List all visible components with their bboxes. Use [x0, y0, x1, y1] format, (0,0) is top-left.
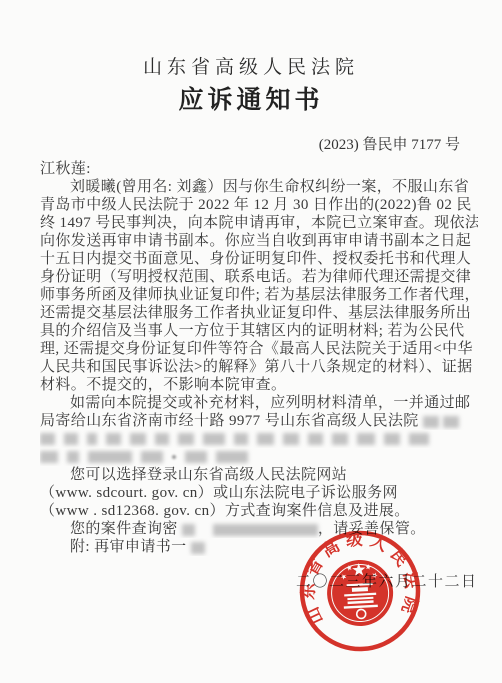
redacted-text	[283, 433, 299, 445]
redacted-text	[443, 416, 459, 428]
redacted-text	[40, 451, 58, 463]
redacted-text	[257, 433, 274, 445]
redacted-text	[130, 433, 146, 445]
body-line: 向你发送再审申请书副本。你应当自收到再审申请书副本之日起	[40, 232, 478, 250]
seal-graphic: 山东省高级人民法院	[291, 522, 430, 661]
document-title: 应诉通知书	[0, 80, 502, 116]
redacted-text	[40, 433, 55, 445]
scanned-court-document: 山东省高级人民法院 应诉通知书 (2023) 鲁民申 7177 号 江秋莲: 刘…	[0, 0, 502, 683]
redacted-text	[423, 416, 439, 428]
body-line: 材料。不提交的，不影响本院审查。	[40, 376, 478, 394]
redacted-text	[203, 433, 225, 445]
national-emblem-icon	[325, 558, 394, 627]
case-number: (2023) 鲁民申 7177 号	[319, 133, 460, 154]
redacted-char	[182, 524, 195, 536]
scan-dot-artifact	[172, 455, 176, 459]
redacted-text	[155, 433, 169, 445]
body-line-text: 局寄给山东省济南市经十路 9977 号山东省高级人民法院	[40, 413, 419, 429]
password-line-prefix: 您的案件查询密	[70, 521, 178, 537]
redacted-text	[409, 433, 429, 445]
redacted-text	[64, 433, 78, 445]
body-line: 理, 还需提交身份证复印件等符合《最高人民法院关于适用<中华	[40, 340, 478, 358]
redacted-line	[40, 430, 478, 448]
redacted-text	[185, 451, 207, 463]
body-line: 还需提交基层法律服务工作者执业证复印件、基层法律服务所出	[40, 304, 478, 322]
body-line: 刘暖曦(曾用名: 刘鑫）因与你生命权纠纷一案，不服山东省	[40, 178, 478, 196]
body-line: 您可以选择登录山东省高级人民法院网站	[40, 466, 478, 484]
body-line: 终 1497 号民事判决，向本院申请再审，本院已立案审查。现依法	[40, 214, 478, 232]
body-line: 十五日内提交书面意见、身份证明复印件、授权委托书和代理人	[40, 250, 478, 268]
attachment-text: 附: 再审申请书一	[70, 539, 187, 555]
redacted-text	[67, 451, 79, 463]
redacted-text	[384, 433, 400, 445]
redacted-text	[216, 451, 248, 463]
body-line: 人民共和国民事诉讼法>的解释》第八十八条规定的材料）、证据	[40, 358, 478, 376]
redacted-text	[332, 433, 348, 445]
addressee: 江秋莲:	[40, 160, 478, 178]
redacted-char	[191, 542, 205, 554]
body-line: （www . sd12368. gov. cn）方式查询案件信息及进展。	[40, 502, 478, 520]
redacted-text	[357, 433, 375, 445]
body-line: 师事务所函及律师执业证复印件; 若为基层法律服务工作者代理，	[40, 286, 478, 304]
redacted-text	[141, 451, 163, 463]
redacted-text	[308, 433, 323, 445]
body-line: 青岛市中级人民法院于 2022 年 12 月 30 日作出的(2022)鲁 02…	[40, 196, 478, 214]
redacted-text	[178, 433, 194, 445]
body-line-with-redaction: 局寄给山东省济南市经十路 9977 号山东省高级人民法院	[40, 412, 478, 430]
document-body: 江秋莲: 刘暖曦(曾用名: 刘鑫）因与你生命权纠纷一案，不服山东省 青岛市中级人…	[40, 160, 478, 556]
body-line: 具的介绍信及当事人一方位于其辖区内的证明材料; 若为公民代	[40, 322, 478, 340]
redacted-text	[88, 451, 132, 463]
body-line: 身份证明（写明授权范围、联系电话。若为律师代理还需提交律	[40, 268, 478, 286]
court-name-heading: 山东省高级人民法院	[0, 52, 502, 79]
redacted-text	[106, 433, 121, 445]
body-line: 如需向本院提交或补充材料，应列明材料清单，一并通过邮	[40, 394, 478, 412]
body-line: （www. sdcourt. gov. cn）或山东法院电子诉讼服务网	[40, 484, 478, 502]
redacted-text	[234, 433, 248, 445]
redacted-text	[87, 433, 97, 445]
official-red-seal: 山东省高级人民法院	[291, 522, 430, 661]
redacted-line	[40, 448, 478, 466]
